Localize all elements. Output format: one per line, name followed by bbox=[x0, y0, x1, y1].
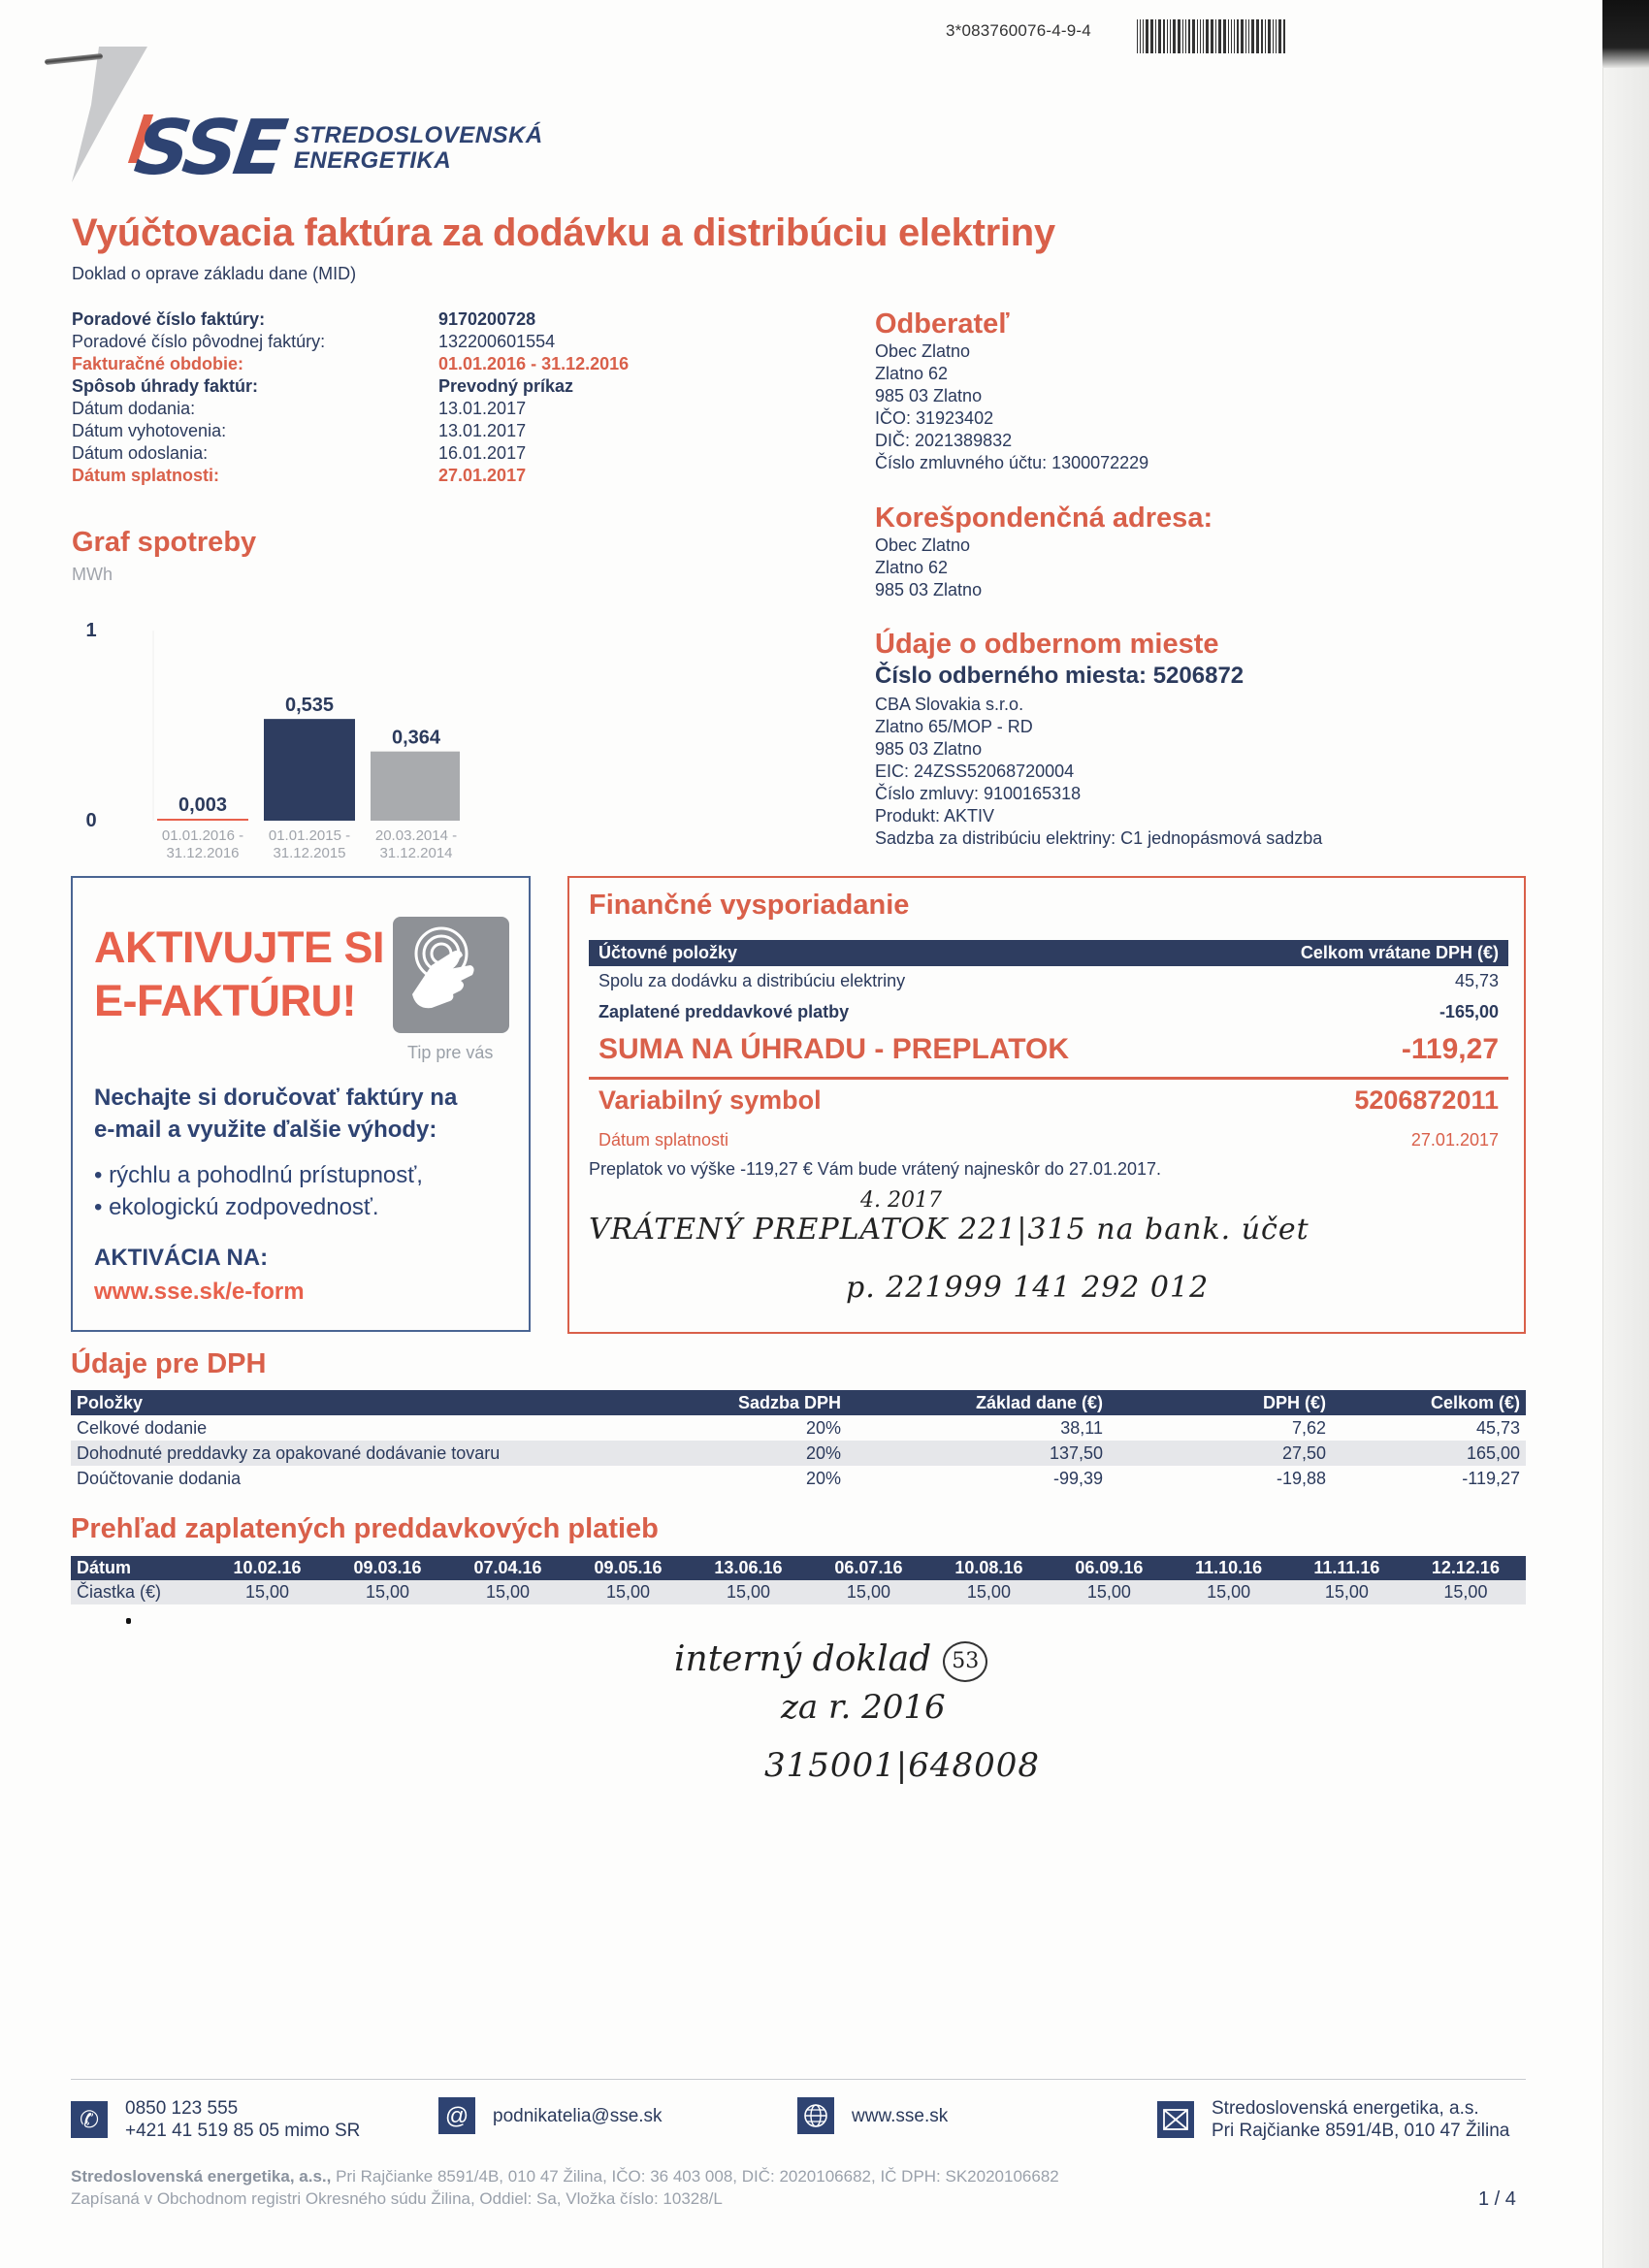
info-value: 16.01.2017 bbox=[438, 442, 526, 465]
row-value: -165,00 bbox=[1439, 1002, 1499, 1022]
barcode-bar bbox=[1251, 19, 1254, 53]
footer-divider bbox=[71, 2079, 1526, 2080]
activation-link[interactable]: www.sse.sk/e-form bbox=[94, 1279, 305, 1306]
info-value: 132200601554 bbox=[438, 331, 555, 353]
advance-date: 12.12.16 bbox=[1406, 1556, 1526, 1580]
advance-amount: 15,00 bbox=[448, 1580, 568, 1604]
supply-point-number: Číslo odberného miesta: 5206872 bbox=[875, 663, 1322, 690]
barcode-bar bbox=[1137, 19, 1138, 53]
info-value: 13.01.2017 bbox=[438, 398, 526, 420]
supply-point-line: 985 03 Zlatno bbox=[875, 738, 1322, 761]
financial-settlement: Finančné vysporiadanie Účtovné položky C… bbox=[567, 876, 1526, 1334]
advance-date: 10.02.16 bbox=[208, 1556, 328, 1580]
envelope-icon bbox=[1157, 2101, 1194, 2138]
barcode-bar bbox=[1140, 19, 1141, 53]
vat-column-header: Celkom (€) bbox=[1332, 1390, 1526, 1415]
invoice-info: Poradové číslo faktúry:9170200728Poradov… bbox=[72, 308, 629, 487]
barcode-bar bbox=[1241, 19, 1244, 53]
x-tick-label: 31.12.2016 bbox=[166, 845, 239, 861]
footer-address: Stredoslovenská energetika, a.s. Pri Raj… bbox=[1157, 2097, 1509, 2142]
handwritten-account-codes: p. 221999 141 292 012 bbox=[846, 1271, 1209, 1305]
efaktura-lead-line1: Nechajte si doručovať faktúry na bbox=[94, 1082, 457, 1114]
customer-line: IČO: 31923402 bbox=[875, 407, 1148, 430]
table-row: Celkové dodanie20%38,117,6245,73 bbox=[71, 1415, 1526, 1441]
page-title: Vyúčtovacia faktúra za dodávku a distrib… bbox=[72, 211, 1055, 255]
customer-line: DIČ: 2021389832 bbox=[875, 430, 1148, 452]
efaktura-promo: AKTIVUJTE SI E-FAKTÚRU! Tip pre vás Nech… bbox=[71, 876, 531, 1332]
correspondence-line: 985 03 Zlatno bbox=[875, 579, 1212, 601]
address-line1: Stredoslovenská energetika, a.s. bbox=[1212, 2097, 1509, 2120]
bar-value-label: 0,535 bbox=[285, 695, 334, 716]
advances-title: Prehľad zaplatených preddavkových platie… bbox=[71, 1513, 659, 1545]
advance-date: 06.07.16 bbox=[808, 1556, 928, 1580]
supply-point-line: EIC: 24ZSS52068720004 bbox=[875, 761, 1322, 783]
handwritten-circled-number: 53 bbox=[943, 1641, 987, 1682]
table-cell: Doúčtovanie dodania bbox=[71, 1466, 692, 1491]
handwritten-year: za r. 2016 bbox=[781, 1688, 946, 1727]
variable-symbol-value: 5206872011 bbox=[1354, 1085, 1499, 1116]
barcode-bar bbox=[1188, 19, 1190, 53]
info-label: Dátum splatnosti: bbox=[72, 465, 438, 487]
at-icon: @ bbox=[438, 2097, 475, 2134]
vat-column-header: Položky bbox=[71, 1390, 692, 1415]
info-value: 01.01.2016 - 31.12.2016 bbox=[438, 353, 629, 375]
advance-amount: 15,00 bbox=[688, 1580, 808, 1604]
amount-due-label: SUMA NA ÚHRADU - PREPLATOK bbox=[598, 1033, 1069, 1066]
handwritten-refund-note: VRÁTENÝ PREPLATOK 221|315 na bank. účet bbox=[589, 1213, 1309, 1247]
benefit-item: • rýchlu a pohodlnú prístupnosť, bbox=[94, 1159, 423, 1191]
logo-line1: STREDOSLOVENSKÁ bbox=[294, 123, 543, 148]
info-label: Dátum dodania: bbox=[72, 398, 438, 420]
vat-title: Údaje pre DPH bbox=[71, 1348, 266, 1380]
amount-due-row: SUMA NA ÚHRADU - PREPLATOK -119,27 bbox=[598, 1033, 1499, 1066]
due-date-label: Dátum splatnosti bbox=[598, 1130, 728, 1150]
phone-number[interactable]: 0850 123 555 bbox=[125, 2097, 360, 2120]
info-label: Poradové číslo faktúry: bbox=[72, 308, 438, 331]
advances-amount-label: Čiastka (€) bbox=[71, 1580, 208, 1604]
chart-bar bbox=[157, 819, 248, 821]
table-cell: 20% bbox=[692, 1415, 847, 1441]
row-label: Zaplatené preddavkové platby bbox=[598, 1002, 849, 1022]
vat-column-header: Sadzba DPH bbox=[692, 1390, 847, 1415]
scan-speck bbox=[126, 1618, 131, 1624]
chart-bar bbox=[264, 719, 355, 821]
advances-table: Dátum10.02.1609.03.1607.04.1609.05.1613.… bbox=[71, 1556, 1526, 1604]
advance-date: 09.05.16 bbox=[567, 1556, 688, 1580]
table-cell: 7,62 bbox=[1109, 1415, 1332, 1441]
col-total: Celkom vrátane DPH (€) bbox=[1301, 943, 1499, 963]
vat-column-header: DPH (€) bbox=[1109, 1390, 1332, 1415]
barcode-bar bbox=[1245, 19, 1246, 53]
vat-column-header: Základ dane (€) bbox=[847, 1390, 1109, 1415]
barcode-bar bbox=[1265, 19, 1266, 53]
table-cell: 20% bbox=[692, 1466, 847, 1491]
supply-point-line: Produkt: AKTIV bbox=[875, 805, 1322, 827]
correspondence-block: Korešpondenčná adresa: Obec ZlatnoZlatno… bbox=[875, 502, 1212, 601]
invoice-info-row: Poradové číslo faktúry:9170200728 bbox=[72, 308, 629, 331]
barcode-bar bbox=[1158, 19, 1161, 53]
phone-number-abroad[interactable]: +421 41 519 85 05 mimo SR bbox=[125, 2120, 360, 2142]
table-cell: Dohodnuté preddavky za opakované dodávan… bbox=[71, 1441, 692, 1466]
handwritten-date: 4. 2017 bbox=[860, 1188, 942, 1213]
globe-icon bbox=[797, 2097, 834, 2134]
barcode-bar bbox=[1206, 19, 1209, 53]
logo-line2: ENERGETIKA bbox=[294, 148, 543, 174]
table-cell: 27,50 bbox=[1109, 1441, 1332, 1466]
barcode-bar bbox=[1248, 19, 1249, 53]
customer-line: Obec Zlatno bbox=[875, 340, 1148, 363]
invoice-info-row: Dátum splatnosti:27.01.2017 bbox=[72, 465, 629, 487]
barcode-bar bbox=[1283, 19, 1285, 53]
barcode-bar bbox=[1218, 19, 1221, 53]
scan-edge bbox=[1602, 0, 1649, 2268]
handwritten-accounts: 315001|648008 bbox=[764, 1746, 1040, 1785]
y-tick-label: 1 bbox=[85, 620, 96, 641]
barcode-number: 3*083760076-4-9-4 bbox=[946, 21, 1091, 41]
logo-wordmark: STREDOSLOVENSKÁ ENERGETIKA bbox=[294, 123, 543, 174]
col-items: Účtovné položky bbox=[598, 943, 737, 963]
customer-heading: Odberateľ bbox=[875, 308, 1148, 340]
financial-row: Zaplatené preddavkové platby -165,00 bbox=[598, 1002, 1499, 1022]
barcode-bar bbox=[1167, 19, 1168, 53]
brand-logo: SSE STREDOSLOVENSKÁ ENERGETIKA bbox=[136, 114, 543, 182]
supply-point-lines: CBA Slovakia s.r.o.Zlatno 65/MOP - RD985… bbox=[875, 694, 1322, 850]
bar-value-label: 0,364 bbox=[392, 728, 441, 749]
advance-amount: 15,00 bbox=[1169, 1580, 1287, 1604]
page-number: 1 / 4 bbox=[1478, 2188, 1516, 2211]
invoice-info-row: Poradové číslo pôvodnej faktúry:13220060… bbox=[72, 331, 629, 353]
correspondence-lines: Obec ZlatnoZlatno 62985 03 Zlatno bbox=[875, 535, 1212, 601]
due-date-value: 27.01.2017 bbox=[1411, 1130, 1499, 1150]
table-cell: Celkové dodanie bbox=[71, 1415, 692, 1441]
advance-amount: 15,00 bbox=[928, 1580, 1049, 1604]
efaktura-title: AKTIVUJTE SI E-FAKTÚRU! bbox=[94, 921, 384, 1027]
barcode-bar bbox=[1173, 19, 1176, 53]
efaktura-lead: Nechajte si doručovať faktúry na e-mail … bbox=[94, 1082, 457, 1146]
barcode-bar bbox=[1163, 19, 1165, 53]
advance-date: 10.08.16 bbox=[928, 1556, 1049, 1580]
supply-point-heading: Údaje o odbernom mieste bbox=[875, 629, 1322, 661]
info-label: Spôsob úhrady faktúr: bbox=[72, 375, 438, 398]
hand-tap-icon bbox=[393, 917, 509, 1033]
barcode-bar bbox=[1170, 19, 1171, 53]
phone-icon: ✆ bbox=[71, 2101, 108, 2138]
barcode bbox=[1137, 19, 1287, 53]
invoice-info-row: Dátum odoslania:16.01.2017 bbox=[72, 442, 629, 465]
bar-value-label: 0,003 bbox=[178, 794, 227, 816]
table-cell: 165,00 bbox=[1332, 1441, 1526, 1466]
barcode-bar bbox=[1150, 19, 1153, 53]
invoice-info-row: Dátum dodania:13.01.2017 bbox=[72, 398, 629, 420]
due-date-row: Dátum splatnosti 27.01.2017 bbox=[598, 1130, 1499, 1150]
barcode-bar bbox=[1276, 19, 1277, 53]
info-label: Dátum odoslania: bbox=[72, 442, 438, 465]
row-label: Spolu za dodávku a distribúciu elektriny bbox=[598, 971, 905, 991]
advance-amount: 15,00 bbox=[1288, 1580, 1406, 1604]
advance-amount: 15,00 bbox=[1049, 1580, 1169, 1604]
address-line2: Pri Rajčianke 8591/4B, 010 47 Žilina bbox=[1212, 2120, 1509, 2142]
x-tick-label: 31.12.2014 bbox=[379, 845, 452, 861]
chart-unit: MWh bbox=[72, 565, 113, 585]
info-label: Poradové číslo pôvodnej faktúry: bbox=[72, 331, 438, 353]
benefit-item: • ekologickú zodpovednosť. bbox=[94, 1191, 423, 1223]
barcode-bar bbox=[1182, 19, 1183, 53]
barcode-bar bbox=[1197, 19, 1198, 53]
advance-date: 09.03.16 bbox=[328, 1556, 448, 1580]
logo-letters: SSE bbox=[131, 114, 287, 182]
amount-due-value: -119,27 bbox=[1402, 1033, 1499, 1066]
barcode-bar bbox=[1178, 19, 1180, 53]
barcode-bar bbox=[1273, 19, 1274, 53]
table-cell: -99,39 bbox=[847, 1466, 1109, 1491]
page-subtitle: Doklad o oprave základu dane (MID) bbox=[72, 264, 356, 284]
chart-bar bbox=[371, 752, 460, 821]
table-cell: 38,11 bbox=[847, 1415, 1109, 1441]
customer-lines: Obec ZlatnoZlatno 62985 03 ZlatnoIČO: 31… bbox=[875, 340, 1148, 474]
table-row: Dohodnuté preddavky za opakované dodávan… bbox=[71, 1441, 1526, 1466]
barcode-bar bbox=[1231, 19, 1232, 53]
customer-line: 985 03 Zlatno bbox=[875, 385, 1148, 407]
supply-point-line: CBA Slovakia s.r.o. bbox=[875, 694, 1322, 716]
barcode-bar bbox=[1268, 19, 1271, 53]
info-value: 27.01.2017 bbox=[438, 465, 526, 487]
efaktura-title-line2: E-FAKTÚRU! bbox=[94, 974, 384, 1027]
advance-amount: 15,00 bbox=[208, 1580, 328, 1604]
legal-company: Stredoslovenská energetika, a.s., bbox=[71, 2167, 331, 2186]
footer-phone: ✆ 0850 123 555 +421 41 519 85 05 mimo SR bbox=[71, 2097, 360, 2142]
advance-amount: 15,00 bbox=[567, 1580, 688, 1604]
x-tick-label: 01.01.2015 - bbox=[269, 827, 350, 844]
advance-date: 11.11.16 bbox=[1288, 1556, 1406, 1580]
customer-line: Zlatno 62 bbox=[875, 363, 1148, 385]
supply-point-block: Údaje o odbernom mieste Číslo odberného … bbox=[875, 629, 1322, 850]
customer-line: Číslo zmluvného účtu: 1300072229 bbox=[875, 452, 1148, 474]
efaktura-lead-line2: e-mail a využite ďalšie výhody: bbox=[94, 1114, 457, 1146]
consumption-chart: 100,00301.01.2016 -31.12.20160,53501.01.… bbox=[72, 601, 460, 873]
customer-block: Odberateľ Obec ZlatnoZlatno 62985 03 Zla… bbox=[875, 308, 1148, 474]
supply-point-line: Sadzba za distribúciu elektriny: C1 jedn… bbox=[875, 827, 1322, 850]
barcode-bar bbox=[1261, 19, 1263, 53]
email-link[interactable]: podnikatelia@sse.sk bbox=[493, 2105, 663, 2127]
barcode-bar bbox=[1143, 19, 1144, 53]
table-cell: -119,27 bbox=[1332, 1466, 1526, 1491]
invoice-info-row: Spôsob úhrady faktúr:Prevodný príkaz bbox=[72, 375, 629, 398]
handwritten-line1: interný doklad bbox=[674, 1639, 931, 1679]
barcode-bar bbox=[1155, 19, 1156, 53]
supply-point-line: Číslo zmluvy: 9100165318 bbox=[875, 783, 1322, 805]
advances-date-label: Dátum bbox=[71, 1556, 208, 1580]
correspondence-line: Zlatno 62 bbox=[875, 557, 1212, 579]
financial-table-header: Účtovné položky Celkom vrátane DPH (€) bbox=[589, 940, 1508, 966]
table-row: Doúčtovanie dodania20%-99,39-19,88-119,2… bbox=[71, 1466, 1526, 1491]
correspondence-heading: Korešpondenčná adresa: bbox=[875, 502, 1212, 535]
vat-table: PoložkySadzba DPHZáklad dane (€)DPH (€)C… bbox=[71, 1390, 1526, 1491]
barcode-bar bbox=[1185, 19, 1186, 53]
tip-label: Tip pre vás bbox=[407, 1043, 493, 1063]
refund-note: Preplatok vo výške -119,27 € Vám bude vr… bbox=[589, 1159, 1161, 1180]
advance-amount: 15,00 bbox=[808, 1580, 928, 1604]
barcode-bar bbox=[1215, 19, 1216, 53]
barcode-bar bbox=[1223, 19, 1226, 53]
x-tick-label: 31.12.2015 bbox=[273, 845, 345, 861]
barcode-bar bbox=[1256, 19, 1259, 53]
info-value: 9170200728 bbox=[438, 308, 535, 331]
variable-symbol-label: Variabilný symbol bbox=[598, 1085, 822, 1116]
legal-info: Stredoslovenská energetika, a.s., Pri Ra… bbox=[71, 2165, 1059, 2210]
efaktura-title-line1: AKTIVUJTE SI bbox=[94, 921, 384, 974]
info-label: Fakturačné obdobie: bbox=[72, 353, 438, 375]
table-cell: 45,73 bbox=[1332, 1415, 1526, 1441]
table-cell: 137,50 bbox=[847, 1441, 1109, 1466]
barcode-bar bbox=[1203, 19, 1204, 53]
barcode-bar bbox=[1200, 19, 1201, 53]
website-link[interactable]: www.sse.sk bbox=[852, 2105, 948, 2127]
legal-details: Pri Rajčianke 8591/4B, 010 47 Žilina, IČ… bbox=[331, 2167, 1058, 2186]
invoice-info-row: Dátum vyhotovenia:13.01.2017 bbox=[72, 420, 629, 442]
advance-amount: 15,00 bbox=[328, 1580, 448, 1604]
footer-web: www.sse.sk bbox=[797, 2097, 948, 2134]
table-cell: 20% bbox=[692, 1441, 847, 1466]
invoice-info-row: Fakturačné obdobie:01.01.2016 - 31.12.20… bbox=[72, 353, 629, 375]
scan-corner-shadow bbox=[1602, 0, 1649, 68]
advance-date: 06.09.16 bbox=[1049, 1556, 1169, 1580]
table-cell: -19,88 bbox=[1109, 1466, 1332, 1491]
barcode-bar bbox=[1211, 19, 1213, 53]
row-value: 45,73 bbox=[1455, 971, 1499, 991]
advance-date: 11.10.16 bbox=[1169, 1556, 1287, 1580]
advance-date: 07.04.16 bbox=[448, 1556, 568, 1580]
supply-point-line: Zlatno 65/MOP - RD bbox=[875, 716, 1322, 738]
handwritten-internal-doc: interný doklad53 bbox=[674, 1639, 987, 1682]
info-value: 13.01.2017 bbox=[438, 420, 526, 442]
advance-date: 13.06.16 bbox=[688, 1556, 808, 1580]
barcode-bar bbox=[1234, 19, 1235, 53]
barcode-bar bbox=[1192, 19, 1195, 53]
financial-title: Finančné vysporiadanie bbox=[589, 890, 909, 922]
financial-row: Spolu za dodávku a distribúciu elektriny… bbox=[598, 971, 1499, 991]
activation-label: AKTIVÁCIA NA: bbox=[94, 1245, 268, 1272]
barcode-bar bbox=[1228, 19, 1229, 53]
divider bbox=[589, 1077, 1508, 1080]
info-label: Dátum vyhotovenia: bbox=[72, 420, 438, 442]
info-value: Prevodný príkaz bbox=[438, 375, 573, 398]
y-tick-label: 0 bbox=[85, 810, 96, 831]
correspondence-line: Obec Zlatno bbox=[875, 535, 1212, 557]
efaktura-benefits: • rýchlu a pohodlnú prístupnosť,• ekolog… bbox=[94, 1159, 423, 1223]
chart-title: Graf spotreby bbox=[72, 527, 256, 559]
legal-registry: Zapísaná v Obchodnom registri Okresného … bbox=[71, 2187, 1059, 2210]
barcode-bar bbox=[1237, 19, 1239, 53]
barcode-bar bbox=[1278, 19, 1281, 53]
x-tick-label: 01.01.2016 - bbox=[162, 827, 243, 844]
footer-email: @ podnikatelia@sse.sk bbox=[438, 2097, 663, 2134]
advance-amount: 15,00 bbox=[1406, 1580, 1526, 1604]
barcode-bar bbox=[1146, 19, 1148, 53]
x-tick-label: 20.03.2014 - bbox=[375, 827, 457, 844]
variable-symbol-row: Variabilný symbol 5206872011 bbox=[598, 1085, 1499, 1116]
